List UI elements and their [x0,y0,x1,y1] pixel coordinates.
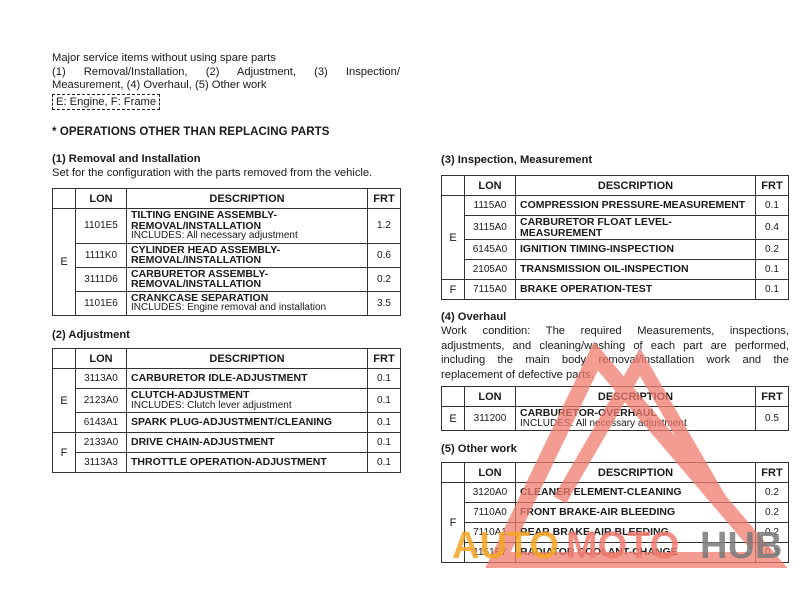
description: RADIATOR COOLANT-CHANGE [516,543,756,563]
table-removal: LONDESCRIPTIONFRTE1101E5TILTING ENGINE A… [52,188,401,316]
description: CYLINDER HEAD ASSEMBLY-REMOVAL/INSTALLAT… [127,243,368,267]
section-desc-removal: Set for the configuration with the parts… [52,167,372,179]
header-lon: LON [76,349,127,369]
frt-value: 0.1 [368,413,401,433]
section-title-adjustment: (2) Adjustment [52,329,130,341]
header-frt: FRT [756,463,789,483]
description: TRANSMISSION OIL-INSPECTION [516,260,756,280]
lon-code: 1101E5 [76,209,127,244]
table-row: F7115A0BRAKE OPERATION-TEST0.1 [442,280,789,300]
group-code: E [53,369,76,433]
frt-value: 0.1 [756,280,789,300]
frt-value: 0.2 [756,483,789,503]
frt-value: 0.2 [756,523,789,543]
lon-code: 2123A0 [76,389,127,413]
frt-value: 0.1 [368,453,401,473]
table-row: E1101E5TILTING ENGINE ASSEMBLY-REMOVAL/I… [53,209,401,244]
frt-value: 0.5 [756,407,789,431]
frt-value: 0.1 [368,369,401,389]
description-text: BRAKE OPERATION-TEST [520,284,751,295]
description-text: SPARK PLUG-ADJUSTMENT/CLEANING [131,417,363,428]
header-lon: LON [465,387,516,407]
header-frt: FRT [756,176,789,196]
header-group [53,189,76,209]
lon-code: 1111K0 [76,243,127,267]
table-row: 3115A0CARBURETOR FLOAT LEVEL-MEASUREMENT… [442,216,789,240]
description: CLEANER ELEMENT-CLEANING [516,483,756,503]
frt-value: 0.2 [368,267,401,291]
description: FRONT BRAKE-AIR BLEEDING [516,503,756,523]
description-text: REMOVAL/INSTALLATION [131,279,363,290]
description: IGNITION TIMING-INSPECTION [516,240,756,260]
table-row: 1101E6CRANKCASE SEPARATIONINCLUDES: Engi… [53,291,401,315]
table-header-row: LONDESCRIPTIONFRT [442,387,789,407]
table-row: 1151E7RADIATOR COOLANT-CHANGE0.3 [442,543,789,563]
table-inspection: LONDESCRIPTIONFRTE1115A0COMPRESSION PRES… [441,175,789,300]
table-row: E1115A0COMPRESSION PRESSURE-MEASUREMENT0… [442,196,789,216]
frt-value: 1.2 [368,209,401,244]
frt-value: 0.3 [756,543,789,563]
description: CLUTCH-ADJUSTMENTINCLUDES: Clutch lever … [127,389,368,413]
header-lon: LON [465,176,516,196]
table-row: 1111K0CYLINDER HEAD ASSEMBLY-REMOVAL/INS… [53,243,401,267]
description: SPARK PLUG-ADJUSTMENT/CLEANING [127,413,368,433]
header-group [53,349,76,369]
intro-text: Major service items without using spare … [52,52,400,93]
table-overhaul: LONDESCRIPTIONFRTE311200CARBURETOR-OVERH… [441,386,789,431]
lon-code: 7110A0 [465,503,516,523]
description: THROTTLE OPERATION-ADJUSTMENT [127,453,368,473]
frt-value: 0.2 [756,240,789,260]
group-code: F [53,433,76,473]
description: CARBURETOR ASSEMBLY-REMOVAL/INSTALLATION [127,267,368,291]
lon-code: 3120A0 [465,483,516,503]
lon-code: 311200 [465,407,516,431]
header-frt: FRT [368,349,401,369]
frt-value: 0.2 [756,503,789,523]
frt-value: 0.4 [756,216,789,240]
header-frt: FRT [756,387,789,407]
table-row: F2133A0DRIVE CHAIN-ADJUSTMENT0.1 [53,433,401,453]
lon-code: 1101E6 [76,291,127,315]
page-title: * OPERATIONS OTHER THAN REPLACING PARTS [52,126,330,138]
description: CARBURETOR FLOAT LEVEL-MEASUREMENT [516,216,756,240]
intro-line-1: Major service items without using spare … [52,52,400,66]
lon-code: 3113A0 [76,369,127,389]
header-lon: LON [465,463,516,483]
description-text: THROTTLE OPERATION-ADJUSTMENT [131,457,363,468]
header-description: DESCRIPTION [127,189,368,209]
section-title-removal: (1) Removal and Installation [52,153,201,165]
header-description: DESCRIPTION [127,349,368,369]
description-text: RADIATOR COOLANT-CHANGE [520,547,751,558]
includes-note: INCLUDES: All necessary adjustment [131,231,363,242]
header-description: DESCRIPTION [516,463,756,483]
includes-note: INCLUDES: Engine removal and installatio… [131,303,363,314]
header-frt: FRT [368,189,401,209]
table-adjustment: LONDESCRIPTIONFRTE3113A0CARBURETOR IDLE-… [52,348,401,473]
frt-value: 0.1 [368,389,401,413]
section-title-inspection: (3) Inspection, Measurement [441,154,592,166]
description-text: CARBURETOR IDLE-ADJUSTMENT [131,373,363,384]
lon-code: 3115A0 [465,216,516,240]
section-desc-overhaul: Work condition: The required Measurement… [441,324,789,382]
lon-code: 1115A0 [465,196,516,216]
table-row: 7110A0FRONT BRAKE-AIR BLEEDING0.2 [442,503,789,523]
table-row: 2123A0CLUTCH-ADJUSTMENTINCLUDES: Clutch … [53,389,401,413]
group-code: E [442,407,465,431]
description-text: DRIVE CHAIN-ADJUSTMENT [131,437,363,448]
table-header-row: LONDESCRIPTIONFRT [53,349,401,369]
table-header-row: LONDESCRIPTIONFRT [53,189,401,209]
intro-line-2: (1) Removal/Installation, (2) Adjustment… [52,66,400,80]
description: BRAKE OPERATION-TEST [516,280,756,300]
lon-code: 2105A0 [465,260,516,280]
table-row: 3111D6CARBURETOR ASSEMBLY-REMOVAL/INSTAL… [53,267,401,291]
section-title-other: (5) Other work [441,443,517,455]
table-row: 7110A1REAR BRAKE-AIR BLEEDING0.2 [442,523,789,543]
description-text: COMPRESSION PRESSURE-MEASUREMENT [520,200,751,211]
lon-code: 7115A0 [465,280,516,300]
description-text: REAR BRAKE-AIR BLEEDING [520,527,751,538]
header-group [442,463,465,483]
table-row: E311200CARBURETOR-OVERHAULINCLUDES: All … [442,407,789,431]
table-row: 3113A3THROTTLE OPERATION-ADJUSTMENT0.1 [53,453,401,473]
description-text: CLEANER ELEMENT-CLEANING [520,487,751,498]
description: CARBURETOR-OVERHAULINCLUDES: All necessa… [516,407,756,431]
header-description: DESCRIPTION [516,176,756,196]
description-text: REMOVAL/INSTALLATION [131,255,363,266]
table-row: F3120A0CLEANER ELEMENT-CLEANING0.2 [442,483,789,503]
lon-code: 2133A0 [76,433,127,453]
group-code: E [53,209,76,316]
description-text: TILTING ENGINE ASSEMBLY- [131,210,363,221]
table-header-row: LONDESCRIPTIONFRT [442,176,789,196]
description-text: IGNITION TIMING-INSPECTION [520,244,751,255]
description: CARBURETOR IDLE-ADJUSTMENT [127,369,368,389]
description-text: CLUTCH-ADJUSTMENT [131,390,363,401]
table-other-work: LONDESCRIPTIONFRTF3120A0CLEANER ELEMENT-… [441,462,789,563]
lon-code: 1151E7 [465,543,516,563]
group-code: F [442,280,465,300]
table-row: 6143A1SPARK PLUG-ADJUSTMENT/CLEANING0.1 [53,413,401,433]
frt-value: 0.1 [756,260,789,280]
description-text: TRANSMISSION OIL-INSPECTION [520,264,751,275]
table-row: 6145A0IGNITION TIMING-INSPECTION0.2 [442,240,789,260]
description-text: FRONT BRAKE-AIR BLEEDING [520,507,751,518]
header-group [442,387,465,407]
description-text: CARBURETOR FLOAT LEVEL- [520,217,751,228]
legend-box: E: Engine, F: Frame [52,94,160,110]
table-header-row: LONDESCRIPTIONFRT [442,463,789,483]
lon-code: 7110A1 [465,523,516,543]
table-row: 2105A0TRANSMISSION OIL-INSPECTION0.1 [442,260,789,280]
frt-value: 3.5 [368,291,401,315]
includes-note: INCLUDES: All necessary adjustment [520,419,751,430]
group-code: E [442,196,465,280]
frt-value: 0.6 [368,243,401,267]
frt-value: 0.1 [756,196,789,216]
frt-value: 0.1 [368,433,401,453]
lon-code: 6143A1 [76,413,127,433]
table-row: E3113A0CARBURETOR IDLE-ADJUSTMENT0.1 [53,369,401,389]
section-title-overhaul: (4) Overhaul [441,311,506,323]
lon-code: 3111D6 [76,267,127,291]
description: CRANKCASE SEPARATIONINCLUDES: Engine rem… [127,291,368,315]
description-text: CARBURETOR-OVERHAUL [520,408,751,419]
header-description: DESCRIPTION [516,387,756,407]
description: TILTING ENGINE ASSEMBLY-REMOVAL/INSTALLA… [127,209,368,244]
group-code: F [442,483,465,563]
lon-code: 6145A0 [465,240,516,260]
includes-note: INCLUDES: Clutch lever adjustment [131,401,363,412]
description: REAR BRAKE-AIR BLEEDING [516,523,756,543]
description: COMPRESSION PRESSURE-MEASUREMENT [516,196,756,216]
description: DRIVE CHAIN-ADJUSTMENT [127,433,368,453]
description-text: MEASUREMENT [520,228,751,239]
header-group [442,176,465,196]
lon-code: 3113A3 [76,453,127,473]
intro-line-3: Measurement, (4) Overhaul, (5) Other wor… [52,79,400,93]
header-lon: LON [76,189,127,209]
